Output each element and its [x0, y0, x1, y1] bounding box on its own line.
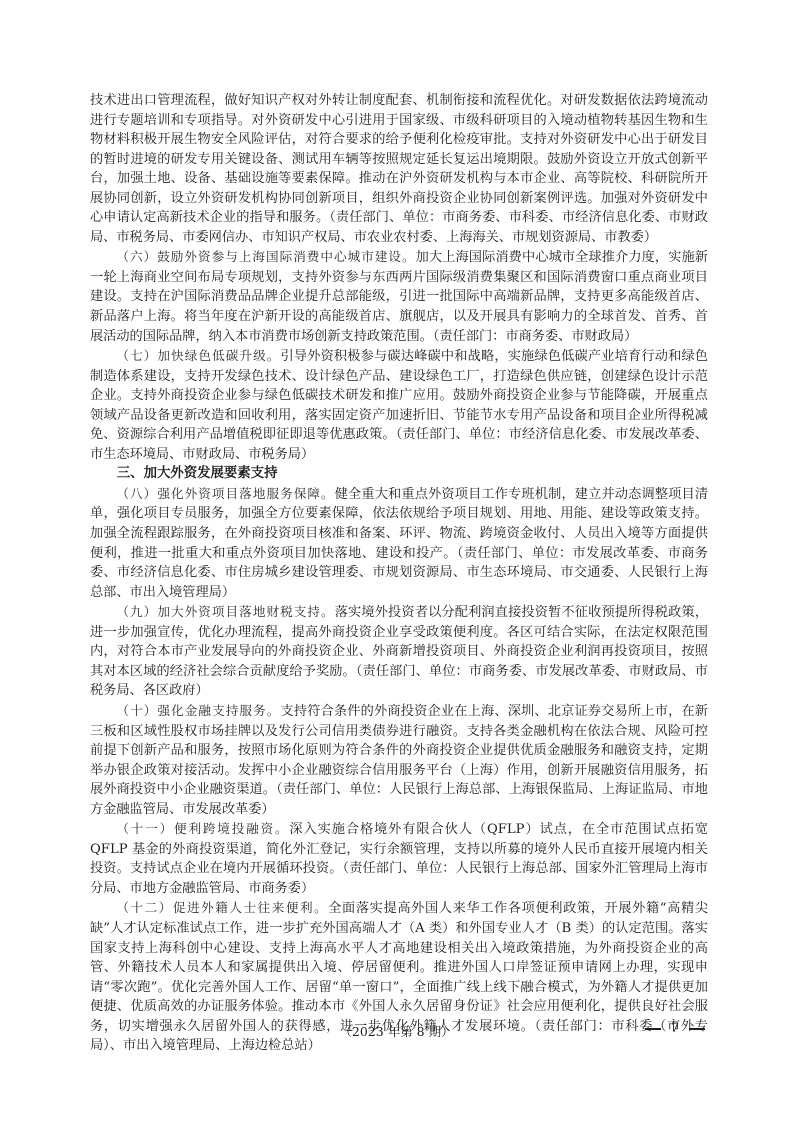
- item-title: （六）鼓励外资参与上海国际消费中心城市建设。: [116, 249, 415, 264]
- paragraph-text: 引导外资积极参与碳达峰碳中和战略，实施绿色低碳产业培育行动和绿色制造体系建设，支…: [90, 349, 708, 462]
- paragraph-item-7: （七）加快绿色低碳升级。引导外资积极参与碳达峰碳中和战略，实施绿色低碳产业培育行…: [90, 346, 708, 464]
- page-number: 7: [671, 1021, 679, 1036]
- dash-left-icon: [645, 1028, 661, 1030]
- paragraph-text: 健全重大和重点外资项目工作专班机制，建立并动态调整项目清单，强化项目专员服务，加…: [90, 487, 708, 600]
- paragraph-text: 技术进出口管理流程，做好知识产权对外转让制度配套、机制衔接和流程优化。对研发数据…: [90, 93, 708, 245]
- paragraph-continuation: 技术进出口管理流程，做好知识产权对外转让制度配套、机制衔接和流程优化。对研发数据…: [90, 91, 708, 247]
- paragraph-item-9: （九）加大外资项目落地财税支持。落实境外投资者以分配利润直接投资暂不征收预提所得…: [90, 602, 708, 701]
- item-title: （十一）便利跨境投融资。: [116, 821, 289, 836]
- dash-right-icon: [689, 1028, 705, 1030]
- paragraph-item-10: （十）强化金融支持服务。支持符合条件的外商投资企业在上海、深圳、北京证券交易所上…: [90, 701, 708, 819]
- paragraph-item-8: （八）强化外资项目落地服务保障。健全重大和重点外资项目工作专班机制，建立并动态调…: [90, 484, 708, 602]
- item-title: （九）加大外资项目落地财税支持。: [116, 604, 334, 619]
- paragraph-text: 支持符合条件的外商投资企业在上海、深圳、北京证券交易所上市，在新三板和区域性股权…: [90, 704, 708, 817]
- section-heading: 三、加大外资发展要素支持: [90, 464, 708, 484]
- document-body: 技术进出口管理流程，做好知识产权对外转让制度配套、机制衔接和流程优化。对研发数据…: [90, 91, 708, 1056]
- item-title: （十）强化金融支持服务。: [116, 703, 280, 718]
- item-title: （七）加快绿色低碳升级。: [116, 348, 280, 363]
- paragraph-item-6: （六）鼓励外资参与上海国际消费中心城市建设。加大上海国际消费中心城市全球推介力度…: [90, 247, 708, 346]
- item-title: （八）强化外资项目落地服务保障。: [116, 486, 334, 501]
- footer-page-number: 7: [645, 1021, 705, 1036]
- paragraph-item-11: （十一）便利跨境投融资。深入实施合格境外有限合伙人（QFLP）试点，在全市范围试…: [90, 819, 708, 898]
- item-title: （十二）促进外籍人士往来便利。: [116, 900, 328, 915]
